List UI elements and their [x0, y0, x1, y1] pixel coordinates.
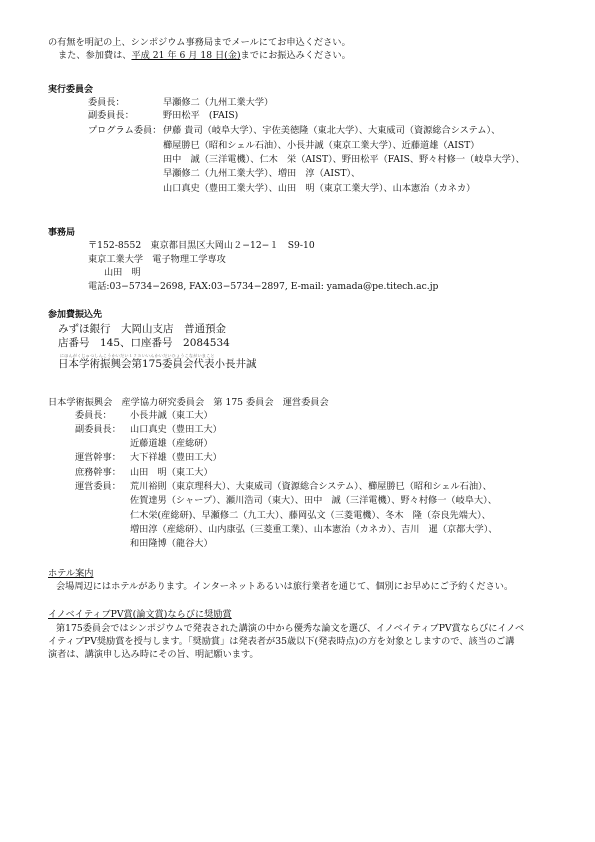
secretariat-department: 東京工業大学 電子物理工学専攻 [88, 254, 226, 266]
exec-role-program: プログラム委員： [88, 125, 161, 137]
steer-member-line: 荒川裕則（東京理科大）、大東威司（資源総合システム）、櫛屋勝巳（昭和シェル石油）… [130, 481, 492, 493]
payment-account: 店番号 145、口座番号 2084534 [58, 337, 230, 349]
steering-committee-title: 日本学術振興会 産学協力研究委員会 第 175 委員会 運営委員会 [48, 397, 329, 409]
steer-member-line: 和田隆博（龍谷大） [130, 538, 213, 550]
steer-member-line: 仁木栄(産総研)、早瀬修二（九工大）、藤岡弘文（三菱電機）、冬木 隆（奈良先端大… [130, 510, 491, 522]
steer-role-chair: 委員長： [75, 410, 112, 422]
steer-role-general-secretary: 庶務幹事： [75, 467, 121, 479]
award-line: イティブPV奨励賞を授与します。「奨励賞」は発表者が35歳以下(発表時点)の方を… [48, 636, 514, 648]
secretariat-heading: 事務局 [48, 227, 75, 239]
exec-program-line: 伊藤 貴司（岐阜大学）、宇佐美徳隆（東北大学）、大東威司（資源総合システム）、 [163, 125, 500, 137]
exec-member-chair: 早瀬修二（九州工業大学） [163, 97, 273, 109]
exec-role-vice-chair: 副委員長： [88, 110, 134, 122]
exec-program-line: 櫛屋勝巳（昭和シェル石油）、小長井誠（東京工業大学）、近藤道雄（AIST） [163, 140, 480, 152]
steer-role-members: 運営委員： [75, 481, 121, 493]
hotel-heading: ホテル案内 [48, 568, 93, 580]
intro-line-2: また、参加費は、平成 21 年 6 月 18 日(金)までにお振込みください。 [58, 50, 351, 62]
executive-committee-heading: 実行委員会 [48, 84, 93, 96]
award-heading: イノベイティブPV賞(論文賞)ならびに奨励賞 [48, 609, 232, 621]
steer-member: 大下祥雄（豊田工大） [130, 452, 222, 464]
steer-role-vice-chair: 副委員長： [75, 424, 121, 436]
payment-holder: 日本学術振興会第175委員会代表小長井誠 [58, 358, 257, 370]
steer-member: 近藤道雄（産総研） [130, 438, 213, 450]
secretariat-contact: 電話:03−5734−2698, FAX:03−5734−2897, E-mai… [88, 281, 438, 293]
payment-deadline: 平成 21 年 6 月 18 日(金) [132, 50, 241, 61]
steer-member-line: 佐賀達男（シャープ）、瀬川浩司（東大）、田中 誠（三洋電機）、野々村修一（岐阜大… [130, 495, 497, 507]
steer-member: 小長井誠（東工大） [130, 410, 213, 422]
intro-line-2-prefix: また、参加費は、 [58, 50, 132, 61]
award-line: 演者は、講演申し込み時にその旨、明記願います。 [48, 649, 259, 661]
award-line: 第175委員会ではシンポジウムで発表された講演の中から優秀な論文を選び、イノベイ… [56, 623, 524, 635]
secretariat-address: 〒152-8552 東京都目黒区大岡山２−12−１ S9-10 [88, 240, 315, 252]
intro-line-2-suffix: までにお振込みください。 [241, 50, 351, 61]
steer-member: 山田 明（東工大） [130, 467, 213, 479]
exec-role-chair: 委員長： [88, 97, 125, 109]
payment-heading: 参加費振込先 [48, 309, 102, 321]
payment-bank: みずほ銀行 大岡山支店 普通預金 [58, 323, 226, 335]
exec-program-line: 早瀬修二（九州工業大学）、増田 淳（AIST）、 [163, 168, 360, 180]
steer-member-line: 増田淳（産総研）、山内康弘（三菱重工業）、山本憲治（カネカ）、吉川 暹（京都大学… [130, 524, 497, 536]
exec-program-line: 田中 誠（三洋電機）、仁木 栄（AIST）、野田松平（FAIS、野々村修一（岐阜… [163, 154, 525, 166]
intro-line-1: の有無を明記の上、シンポジウム事務局までメールにてお申込ください。 [48, 37, 351, 49]
exec-member-vice-chair: 野田松平 (FAIS) [163, 110, 238, 122]
steer-role-managing-secretary: 運営幹事： [75, 452, 121, 464]
secretariat-person: 山田 明 [104, 267, 141, 279]
exec-program-line: 山口真史（豊田工業大学）、山田 明（東京工業大学）、山本憲治（カネカ） [163, 183, 475, 195]
hotel-body: 会場周辺にはホテルがあります。インターネットあるいは旅行業者を通じて、個別にお早… [56, 581, 513, 593]
steer-member: 山口真史（豊田工大） [130, 424, 222, 436]
